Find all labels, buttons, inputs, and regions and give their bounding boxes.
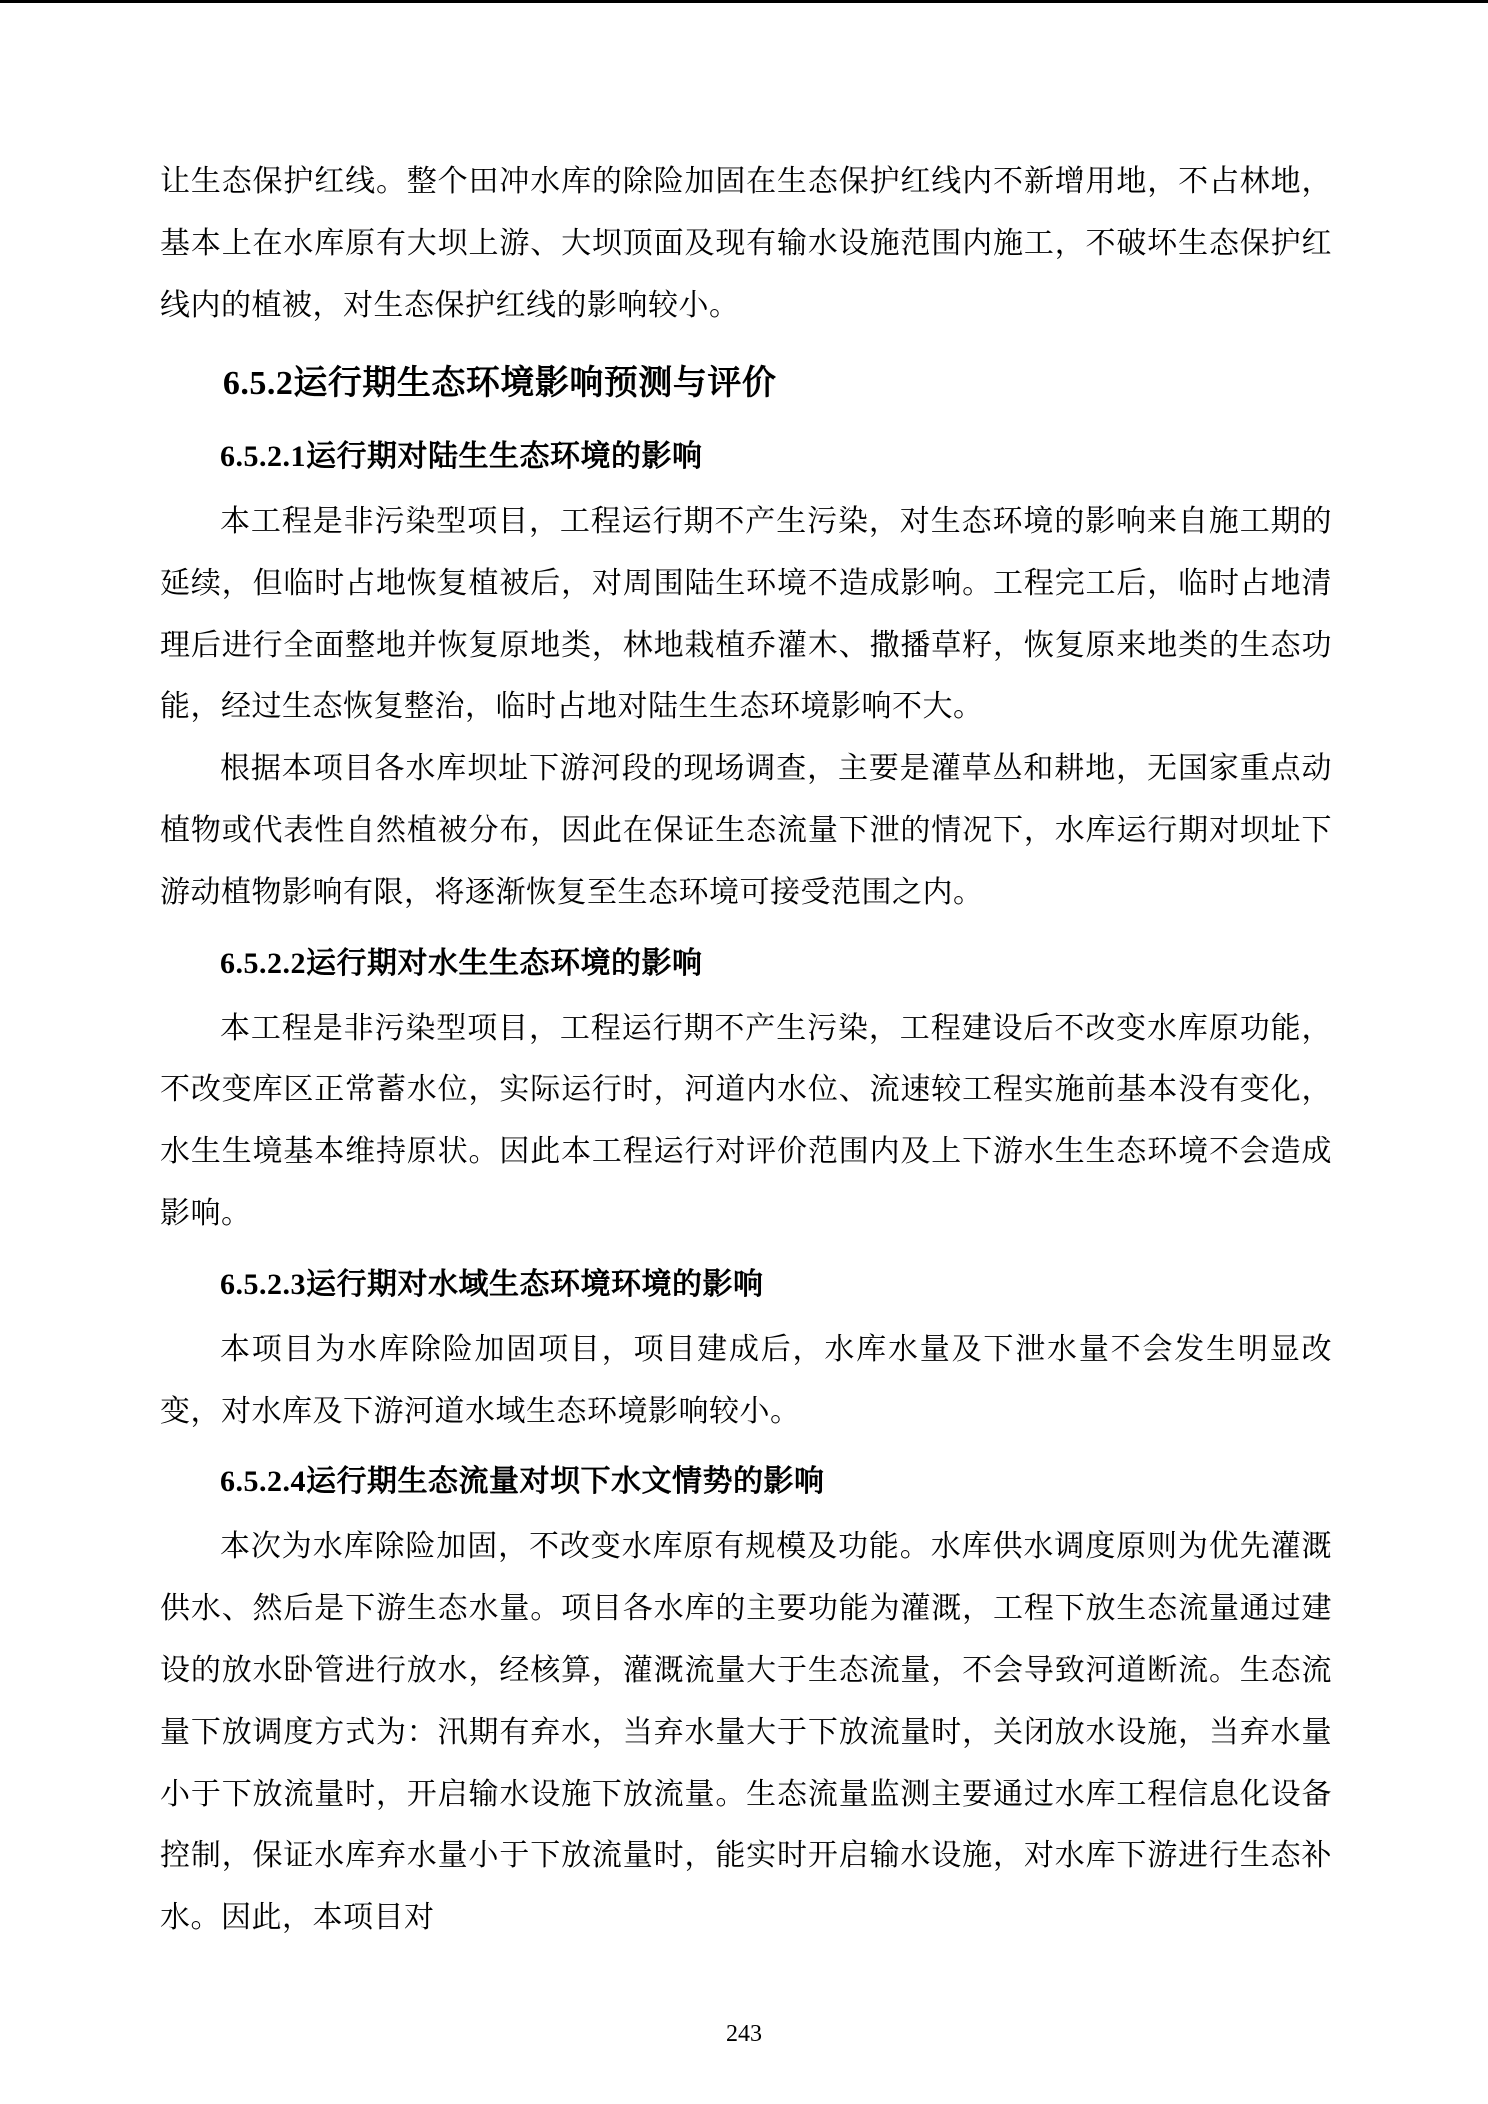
document-page: 让生态保护红线。整个田冲水库的除险加固在生态保护红线内不新增用地，不占林地，基本… (0, 0, 1488, 2104)
subsection-heading-6-5-2-1: 6.5.2.1运行期对陆生生态环境的影响 (160, 427, 1332, 487)
paragraph-continued-from-previous-page: 让生态保护红线。整个田冲水库的除险加固在生态保护红线内不新增用地，不占林地，基本… (160, 151, 1332, 336)
subsection-heading-6-5-2-2: 6.5.2.2运行期对水生生态环境的影响 (160, 934, 1332, 994)
paragraph-water-area-ecology: 本项目为水库除险加固项目，项目建成后，水库水量及下泄水量不会发生明显改变，对水库… (160, 1319, 1332, 1443)
paragraph-terrestrial-ecology-2: 根据本项目各水库坝址下游河段的现场调查，主要是灌草丛和耕地，无国家重点动植物或代… (160, 738, 1332, 923)
subsection-heading-6-5-2-4: 6.5.2.4运行期生态流量对坝下水文情势的影响 (160, 1452, 1332, 1512)
paragraph-ecological-flow: 本次为水库除险加固，不改变水库原有规模及功能。水库供水调度原则为优先灌溉供水、然… (160, 1516, 1332, 1949)
document-body: 让生态保护红线。整个田冲水库的除险加固在生态保护红线内不新增用地，不占林地，基本… (160, 151, 1332, 1949)
paragraph-terrestrial-ecology-1: 本工程是非污染型项目，工程运行期不产生污染，对生态环境的影响来自施工期的延续，但… (160, 491, 1332, 738)
page-number: 243 (0, 2021, 1488, 2048)
paragraph-aquatic-ecology: 本工程是非污染型项目，工程运行期不产生污染，工程建设后不改变水库原功能，不改变库… (160, 998, 1332, 1245)
subsection-heading-6-5-2-3: 6.5.2.3运行期对水域生态环境环境的影响 (160, 1255, 1332, 1315)
section-heading-6-5-2: 6.5.2运行期生态环境影响预测与评价 (160, 352, 1332, 417)
